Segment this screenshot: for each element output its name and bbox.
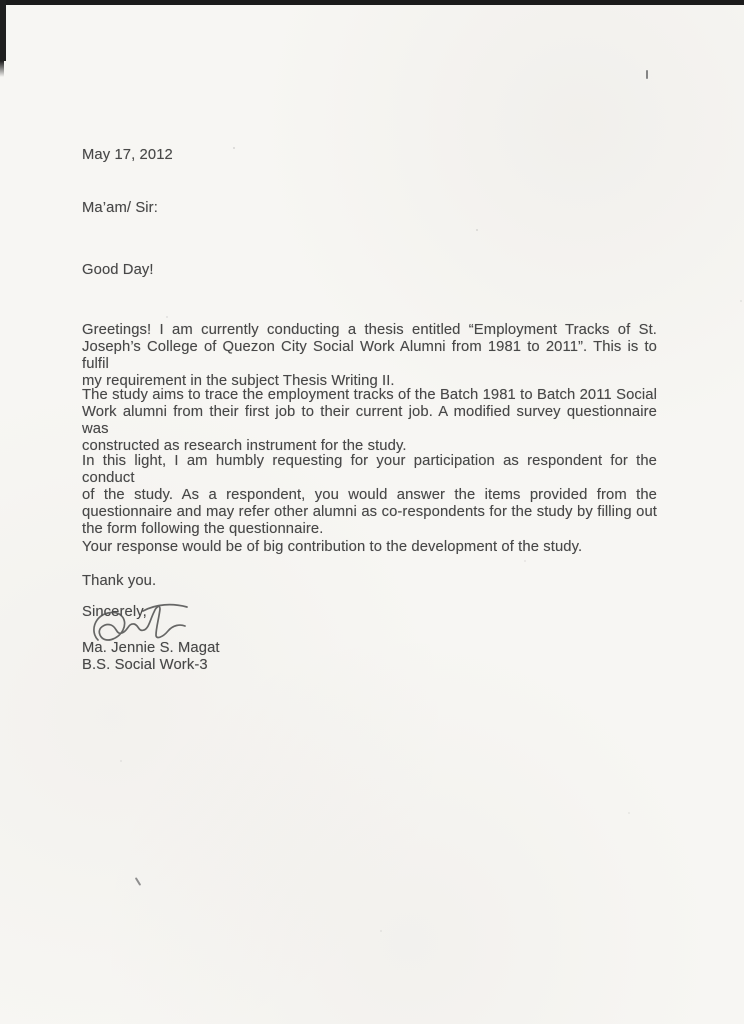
paragraph-thesis-intro: Greetings! I am currently conducting a t… [82,322,657,390]
signer-title: B.S. Social Work-3 [82,657,657,674]
text-line: The study aims to trace the employment t… [82,387,657,404]
text-line: In this light, I am humbly requesting fo… [82,453,657,487]
text-line: questionnaire and may refer other alumni… [82,504,657,521]
scan-edge-left [0,0,6,61]
thank-you-line: Thank you. [82,573,657,590]
text-line: Joseph’s College of Quezon City Social W… [82,339,657,373]
closing-statement: Your response would be of big contributi… [82,539,657,556]
scan-artifact-mark [135,877,141,886]
paragraph-study-aims: The study aims to trace the employment t… [82,387,657,455]
letter-greeting: Good Day! [82,262,657,279]
letter-date: May 17, 2012 [82,147,657,164]
paragraph-participation-request: In this light, I am humbly requesting fo… [82,453,657,538]
text-line: the form following the questionnaire. [82,521,657,538]
scan-artifact-tick [646,70,648,79]
scan-noise-speckles [0,0,2,2]
text-line: of the study. As a respondent, you would… [82,487,657,504]
text-line: Work alumni from their first job to thei… [82,404,657,438]
scan-edge-top [0,0,744,5]
signer-name: Ma. Jennie S. Magat [82,640,657,657]
text-line: Greetings! I am currently conducting a t… [82,322,657,339]
letter-salutation: Ma’am/ Sir: [82,200,657,217]
scanned-letter-page: May 17, 2012 Ma’am/ Sir: Good Day! Greet… [0,0,744,1024]
